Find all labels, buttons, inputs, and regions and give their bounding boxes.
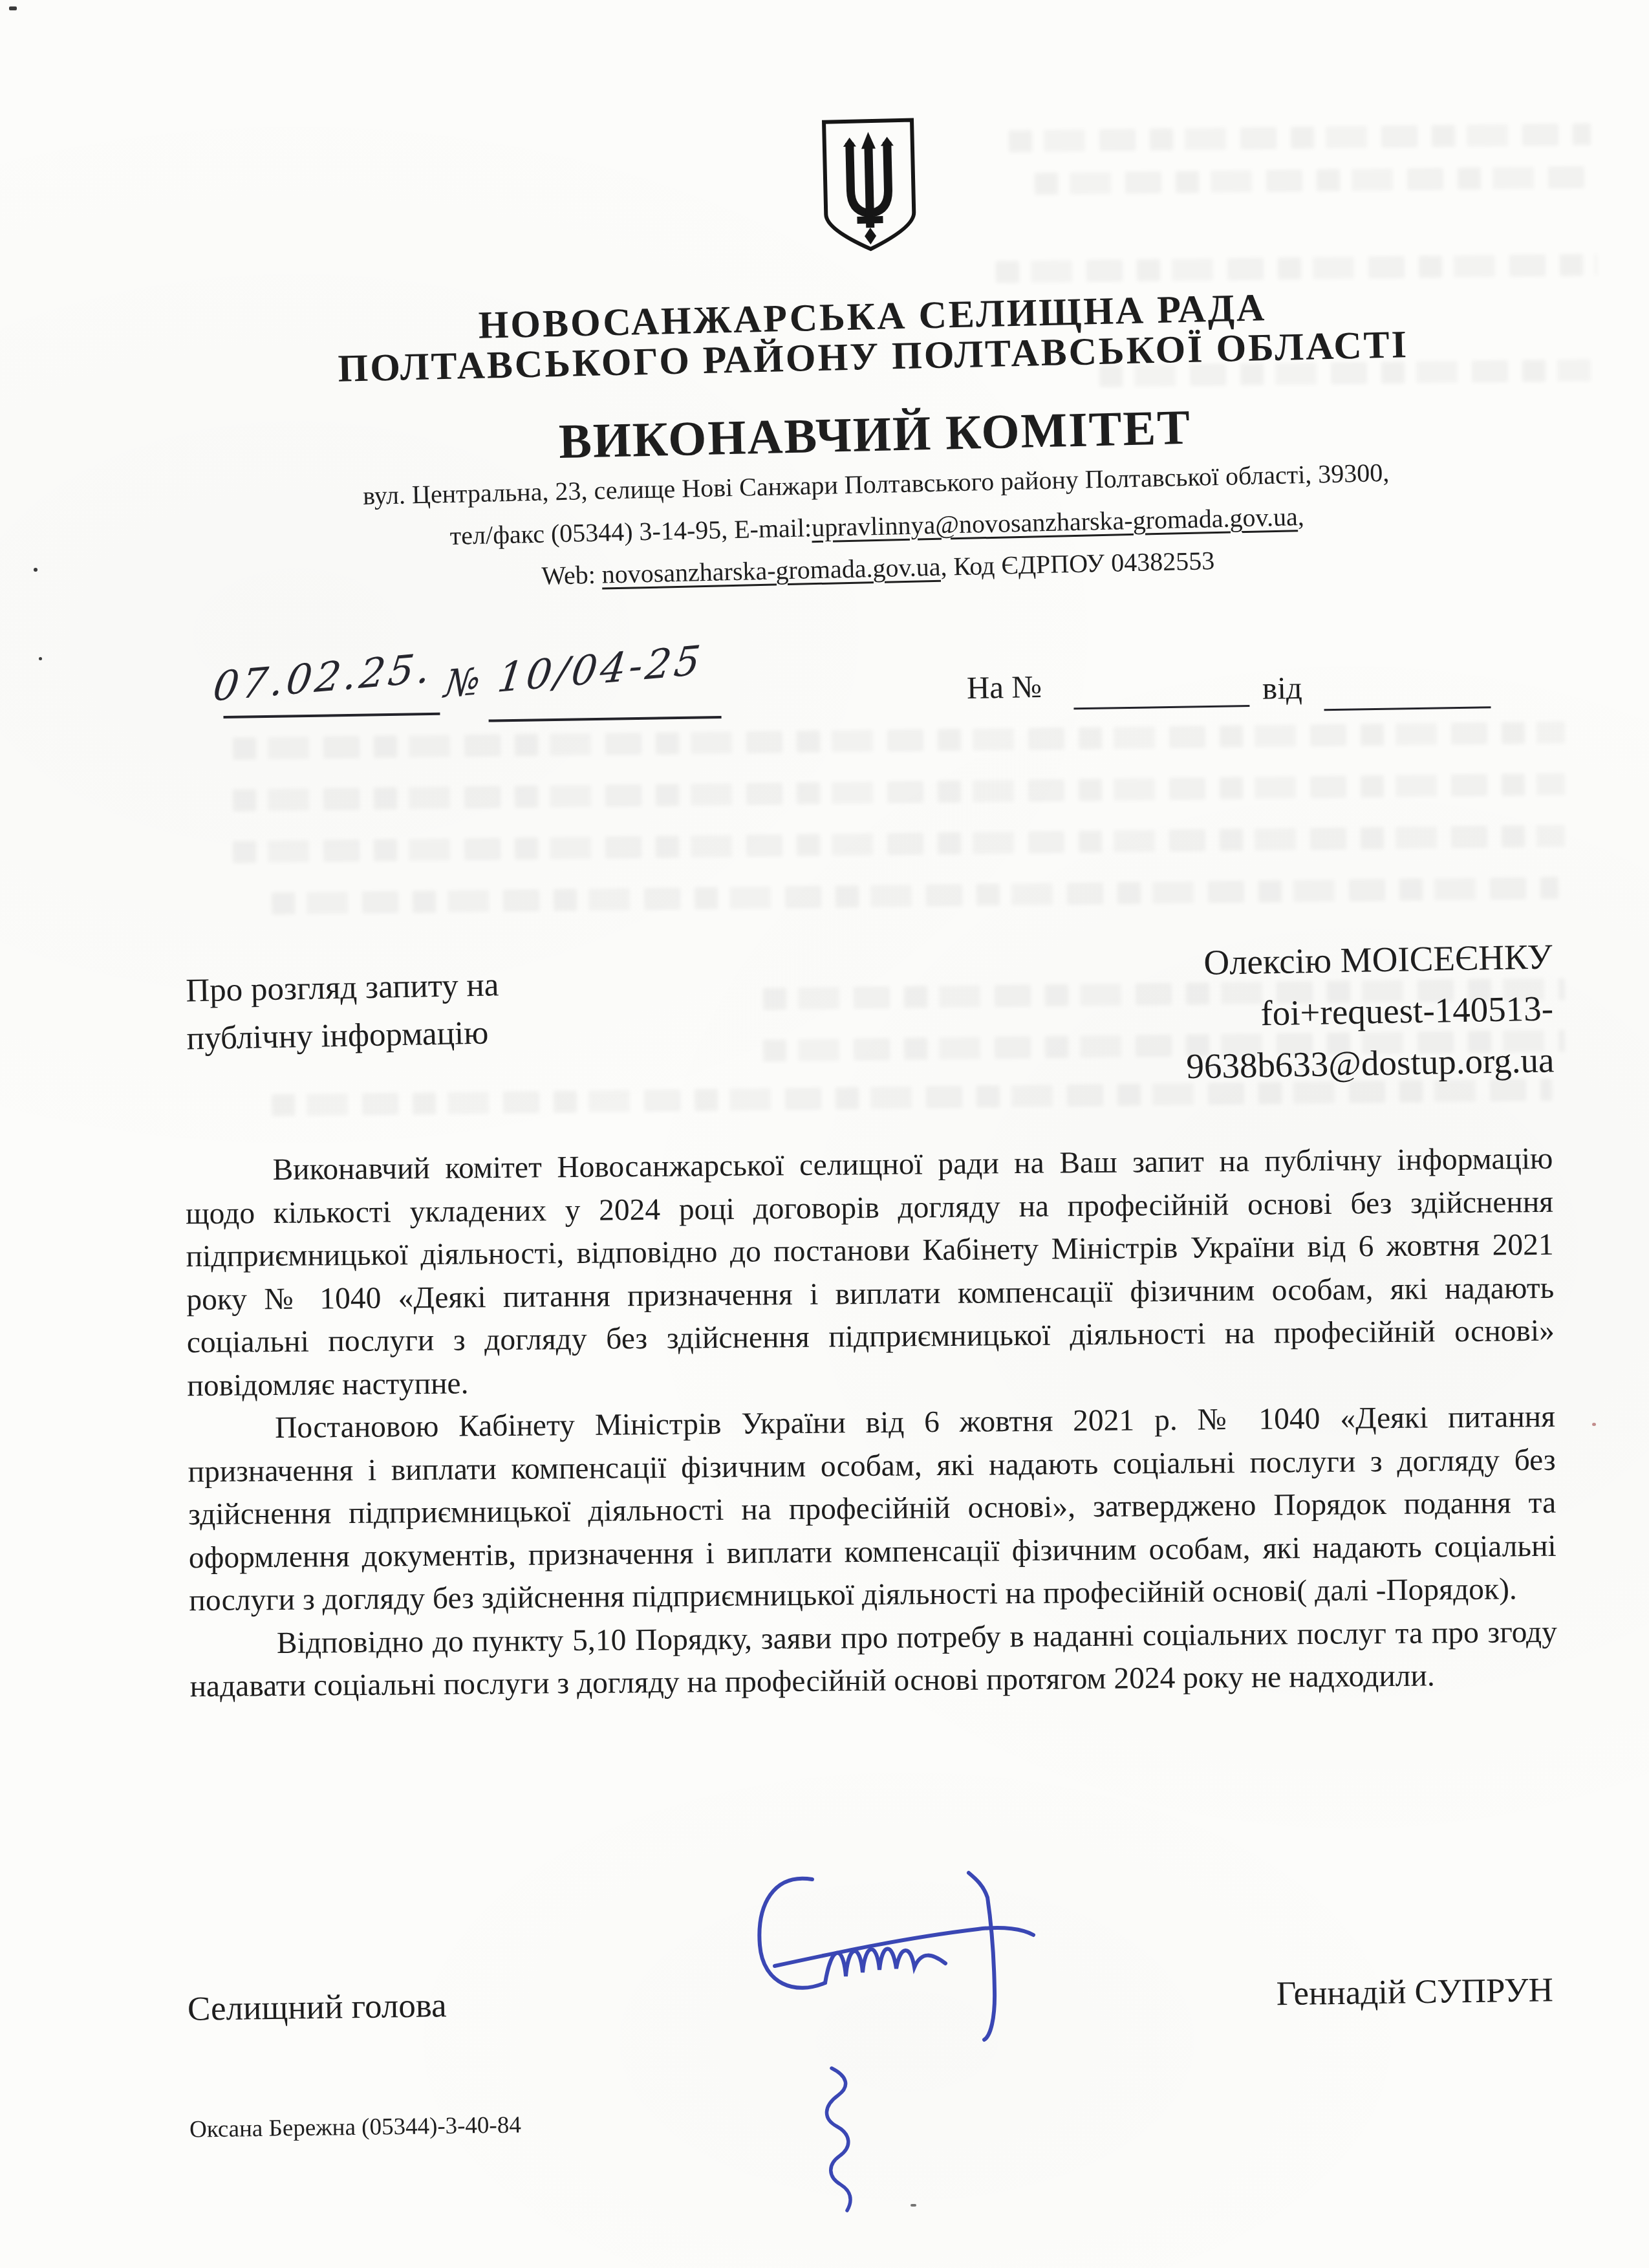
scanned-letter-page: НОВОСАНЖАРСЬКА СЕЛИЩНА РАДА ПОЛТАВСЬКОГО…	[0, 0, 1649, 2268]
bleedthrough-artifact	[233, 825, 1565, 863]
contact-line-suffix: ,	[1297, 502, 1304, 531]
signer-name: Геннадій СУПРУН	[1276, 1971, 1553, 2013]
handwritten-outgoing-number: 10/04-25	[495, 636, 706, 702]
handwritten-number-sign: №	[442, 658, 486, 706]
recipient-block: Олексію МОІСЕЄНКУ foi+request-140513- 96…	[918, 931, 1555, 1097]
scan-speck	[911, 2204, 916, 2207]
date-field-underline	[223, 713, 440, 718]
scan-speck	[34, 568, 38, 572]
bleedthrough-artifact	[272, 877, 1558, 914]
web-label: Web:	[541, 560, 602, 590]
reply-to-number-label: На №	[966, 668, 1042, 706]
number-field-underline	[489, 716, 722, 722]
handwritten-date: 07.02.25.	[211, 644, 436, 711]
handwritten-signature-icon	[698, 1868, 1061, 2062]
phone-fax-text: тел/факс (05344) 3-14-95, E-mail:	[449, 513, 812, 550]
body-paragraph-3: Відповідно до пункту 5,10 Порядку, заяви…	[189, 1610, 1558, 1708]
letterhead: НОВОСАНЖАРСЬКА СЕЛИЩНА РАДА ПОЛТАВСЬКОГО…	[147, 94, 1599, 603]
scan-speck	[39, 657, 42, 660]
reply-number-underline	[1073, 705, 1249, 709]
edrpou-text: , Код ЄДРПОУ 04382553	[940, 546, 1215, 581]
signer-title: Селищний голова	[188, 1986, 447, 2029]
handwritten-signature-flourish-icon	[790, 2064, 881, 2216]
recipient-email-line2: 9638b633@dostup.org.ua	[920, 1034, 1555, 1097]
letter-body: Виконавчий комітет Новосанжарської селищ…	[185, 1138, 1557, 1709]
scan-speck	[1592, 1423, 1596, 1426]
body-paragraph-2: Постановою Кабінету Міністрів України ві…	[188, 1396, 1557, 1623]
body-paragraph-1: Виконавчий комітет Новосанжарської селищ…	[185, 1138, 1555, 1407]
executor-contact: Оксана Бережна (05344)-3-40-84	[189, 2111, 521, 2143]
bleedthrough-artifact	[233, 773, 1565, 811]
reply-date-label: від	[1262, 669, 1303, 707]
web-url-text: novosanzharska-gromada.gov.ua	[601, 552, 941, 589]
ukraine-trident-emblem-icon	[819, 115, 920, 254]
reply-date-underline	[1324, 706, 1491, 711]
email-text: upravlinnya@novosanzharska-gromada.gov.u…	[812, 502, 1299, 542]
scan-speck	[9, 6, 17, 10]
subject-block: Про розгляд запиту на публічну інформаці…	[186, 955, 828, 1063]
